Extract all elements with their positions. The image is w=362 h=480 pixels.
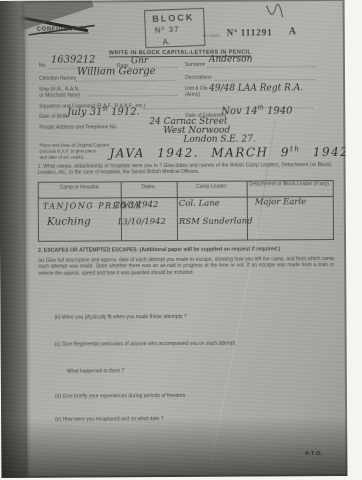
photo-grain [0, 0, 347, 478]
document-photo: CONFIDENTIAL BLOCK Nº 37 A. M.I.9(AR) Nº… [0, 0, 347, 478]
